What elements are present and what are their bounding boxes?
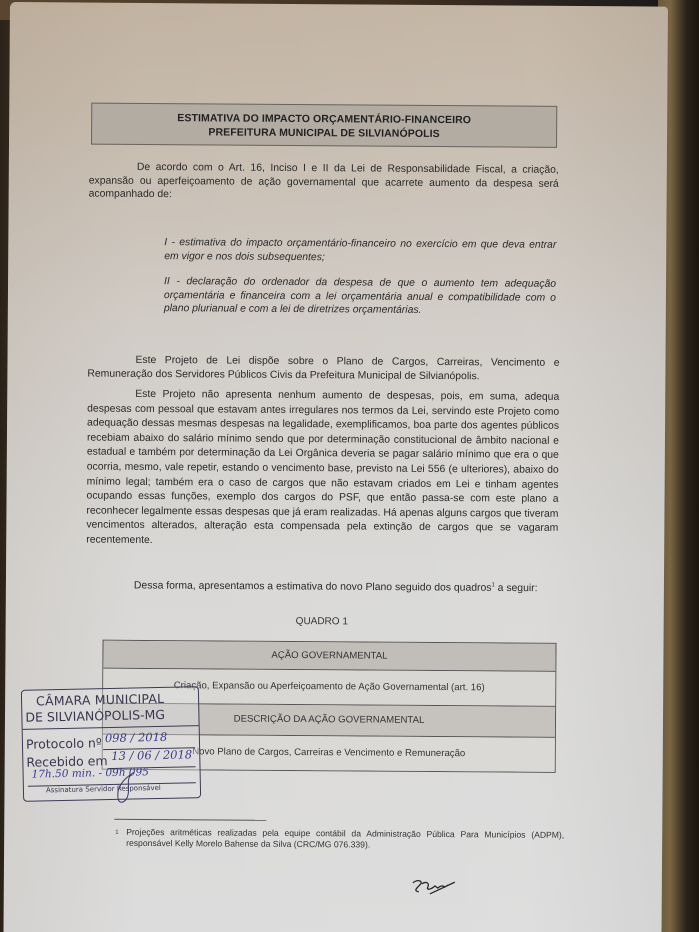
protocol-stamp: CÂMARA MUNICIPAL DE SILVIANÓPOLIS-MG Pro… [21, 686, 201, 802]
footnote-text: Projeções aritméticas realizadas pela eq… [116, 827, 564, 852]
footnote-marker: 1 [115, 828, 118, 839]
footnote: 1 Projeções aritméticas realizadas pela … [116, 827, 564, 852]
stamp-line-2: DE SILVIANÓPOLIS-MG [25, 707, 165, 725]
stamp-recebido-value: 13 / 06 / 2018 [111, 747, 192, 763]
footnote-divider [114, 819, 266, 821]
paragraph-project-description: Este Projeto de Lei dispõe sobre o Plano… [87, 354, 559, 384]
list-item-1: I - estimativa do impacto orçamentário-f… [164, 236, 556, 266]
paragraph-estimate-intro: Dessa forma, apresentamos a estimativa d… [86, 577, 558, 596]
paragraph-no-increase: Este Projeto não apresenta nenhum aument… [86, 388, 559, 552]
document-title-box: ESTIMATIVA DO IMPACTO ORÇAMENTÁRIO-FINAN… [91, 103, 557, 148]
handwritten-signature-icon [104, 768, 145, 809]
quadro-title: QUADRO 1 [296, 616, 348, 627]
stamp-protocolo-label: Protocolo nº [26, 735, 102, 752]
table-header-acao: AÇÃO GOVERNAMENTAL [103, 641, 555, 672]
document-subtitle: PREFEITURA MUNICIPAL DE SILVIANÓPOLIS [92, 125, 556, 142]
intro-paragraph: De acordo com o Art. 16, Inciso I e II d… [89, 161, 559, 205]
list-item-2: II - declaração do ordenador da despesa … [164, 275, 556, 319]
signature-icon [410, 877, 460, 897]
stamp-protocolo-value: 098 / 2018 [105, 730, 168, 745]
stamp-line-1: CÂMARA MUNICIPAL [36, 691, 164, 709]
